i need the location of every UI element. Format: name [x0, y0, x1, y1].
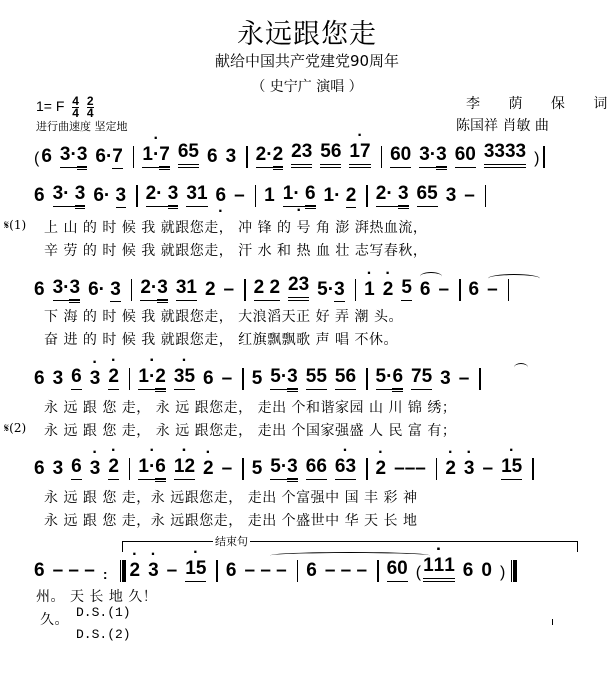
line5-lyrics-verse2: 久。 — [40, 609, 69, 629]
line4-notation: 63632 1·6122– 55·36663 2––– 23–15 — [34, 458, 542, 480]
segno-2-marker: 𝄋(2) — [4, 421, 26, 436]
line2-notation: 63·36· 3 2·3312– 2 2235·3 1256– 6– — [34, 279, 517, 301]
time-signature-2: 24 — [87, 96, 94, 119]
composer-credit: 陈国祥 肖敏 曲 — [456, 115, 549, 135]
fermata — [514, 363, 528, 372]
time-signature-1: 44 — [72, 96, 79, 119]
slur — [488, 274, 540, 283]
key-label: 1= F — [36, 98, 64, 114]
segno-1-marker: 𝄋(1) — [4, 218, 26, 233]
tempo-marking: 进行曲速度 坚定地 — [36, 118, 128, 134]
line1-lyrics-verse2: 辛 劳 的 时 候 我 就跟您走， 汗 水 和 热 血 壮 志写春秋， — [44, 240, 427, 260]
stray-mark — [552, 619, 553, 625]
line4-lyrics-verse2: 永 远 跟 您 走，永 远跟您走， 走出 个盛世中 华 天 长 地 — [44, 510, 417, 530]
line4-lyrics-verse1: 永 远 跟 您 走，永 远跟您走， 走出 个富强中 国 丰 彩 神 — [44, 487, 417, 507]
line2-lyrics-verse2: 奋 进 的 时 候 我 就跟您走， 红旗飘飘歌 声 唱 不休。 — [44, 329, 398, 349]
repeat-barline — [120, 560, 126, 582]
line1-lyrics-verse1: 上 山 的 时 候 我 就跟您走， 冲 锋 的 号 角 澎 湃热血流， — [44, 217, 427, 237]
lyricist-credit: 李 荫 保 词 — [466, 93, 614, 113]
ending-label: 结束句 — [213, 533, 250, 549]
line3-lyrics-verse2: 永 远 跟 您 走， 永 远 跟您走， 走出 个国家强盛 人 民 富 有； — [44, 420, 456, 440]
slur — [420, 272, 442, 281]
intro-notation: ( 63·36·7 1·76563 2·2235617 603·3603333) — [34, 146, 553, 168]
line1-notation: 63· 36· 3 2· 3316– 11· 61· 2 2· 3653– — [34, 185, 494, 207]
ds-2-instruction: D.S.(2) — [76, 627, 131, 642]
line5-notation: 6– – – : 23–15 6– – – 6– – – 60(11160) — [34, 560, 521, 582]
line3-notation: 63632 1·2356– 55·35556 5·6753– — [34, 368, 489, 390]
song-subtitle: 献给中国共产党建党90周年 — [0, 50, 614, 71]
key-signature: 1= F 44 24 — [36, 96, 94, 119]
final-barline — [511, 560, 517, 582]
line3-lyrics-verse1: 永 远 跟 您 走， 永 远 跟您走， 走出 个和谐家园 山 川 锦 绣； — [44, 397, 456, 417]
song-title: 永远跟您走 — [0, 12, 614, 51]
slur — [270, 552, 430, 559]
line2-lyrics-verse1: 下 海 的 时 候 我 就跟您走， 大浪滔天正 好 弄 潮 头。 — [44, 306, 403, 326]
line5-lyrics-verse1: 州。 天 长 地 久！ — [36, 586, 157, 606]
ds-1-instruction: D.S.(1) — [76, 605, 131, 620]
